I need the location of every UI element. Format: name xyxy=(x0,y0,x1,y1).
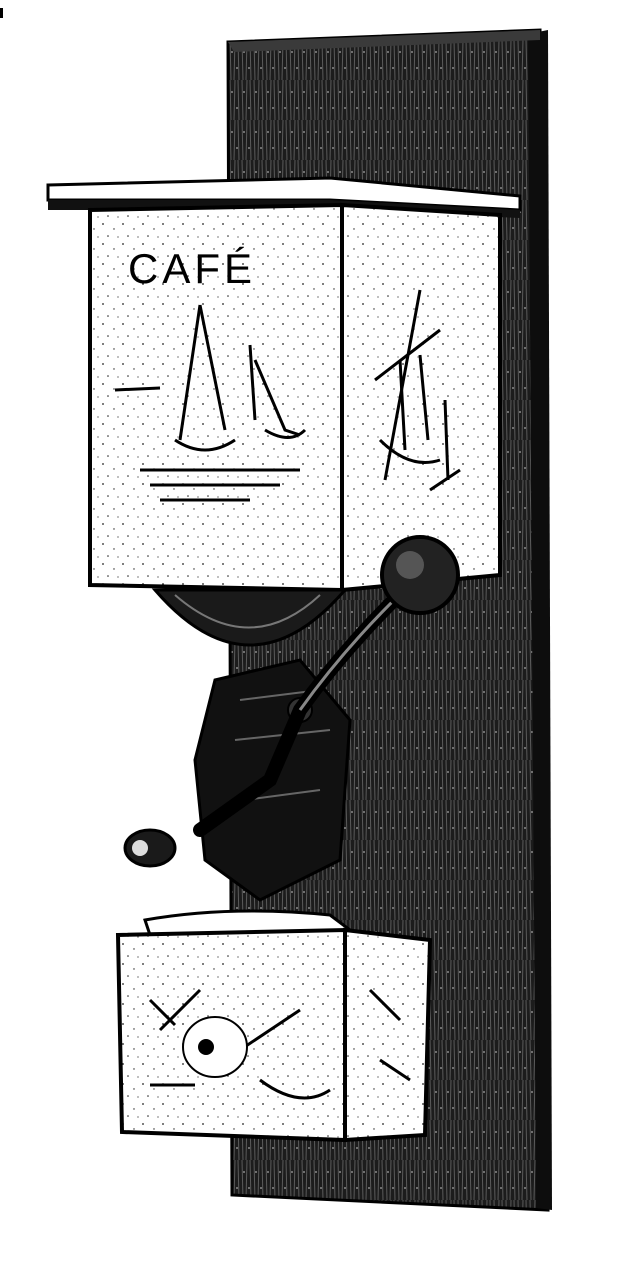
crank-hub xyxy=(382,537,458,613)
drawer-knob-center xyxy=(198,1039,214,1055)
corner-mark xyxy=(0,8,3,18)
coffee-grinder-illustration: CAFÉ xyxy=(0,0,634,1267)
hopper-box: CAFÉ xyxy=(90,205,500,590)
hopper-label: CAFÉ xyxy=(128,245,256,292)
drawer[interactable] xyxy=(118,911,430,1140)
drawer-knob[interactable] xyxy=(183,1017,247,1077)
